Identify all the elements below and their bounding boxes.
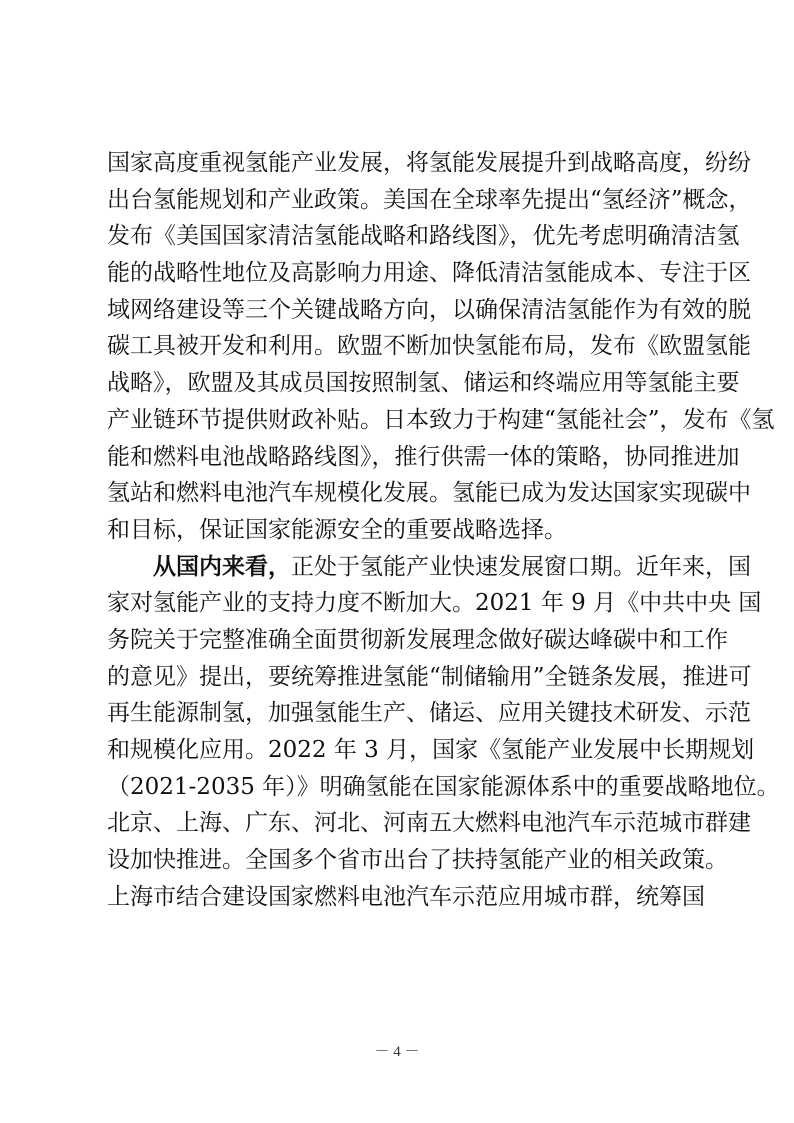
page-number: － 4 － [0,1040,794,1061]
text-line: 能的战略性地位及高影响力用途、降低清洁氢能成本、专注于区 [107,255,689,292]
text-line: 和目标，保证国家能源安全的重要战略选择。 [107,512,689,549]
text-line: 上海市结合建设国家燃料电池汽车示范应用城市群，统筹国 [107,879,689,916]
text-line: 发布《美国国家清洁氢能战略和路线图》，优先考虑明确清洁氢 [107,218,689,255]
text-line: 战略》，欧盟及其成员国按照制氢、储运和终端应用等氢能主要 [107,365,689,402]
text-line: 出台氢能规划和产业政策。美国在全球率先提出“氢经济”概念， [107,182,689,219]
text-line: 氢站和燃料电池汽车规模化发展。氢能已成为发达国家实现碳中 [107,475,689,512]
paragraph-first-line: 从国内来看，正处于氢能产业快速发展窗口期。近年来，国 [107,549,689,586]
text-line: 和规模化应用。2022 年 3 月，国家《氢能产业发展中长期规划 [107,732,689,769]
text-line: 设加快推进。全国多个省市出台了扶持氢能产业的相关政策。 [107,842,689,879]
body-text: 国家高度重视氢能产业发展，将氢能发展提升到战略高度，纷纷 出台氢能规划和产业政策… [107,145,689,915]
text-line: 家对氢能产业的支持力度不断加大。2021 年 9 月《中共中央 国 [107,585,689,622]
text-line: 务院关于完整准确全面贯彻新发展理念做好碳达峰碳中和工作 [107,622,689,659]
text-line: 产业链环节提供财政补贴。日本致力于构建“氢能社会”，发布《氢 [107,402,689,439]
text-line: 的意见》提出，要统筹推进氢能“制储输用”全链条发展，推进可 [107,659,689,696]
text-line: （2021-2035 年）》明确氢能在国家能源体系中的重要战略地位。 [107,769,689,806]
text-line: 碳工具被开发和利用。欧盟不断加快氢能布局，发布《欧盟氢能 [107,328,689,365]
paragraph-lead-heading: 从国内来看， [153,553,291,580]
text-span: 正处于氢能产业快速发展窗口期。近年来，国 [291,554,751,580]
text-line: 能和燃料电池战略路线图》，推行供需一体的策略，协同推进加 [107,439,689,476]
text-line: 国家高度重视氢能产业发展，将氢能发展提升到战略高度，纷纷 [107,145,689,182]
text-line: 再生能源制氢，加强氢能生产、储运、应用关键技术研发、示范 [107,695,689,732]
document-page: 国家高度重视氢能产业发展，将氢能发展提升到战略高度，纷纷 出台氢能规划和产业政策… [0,0,794,1123]
text-line: 北京、上海、广东、河北、河南五大燃料电池汽车示范城市群建 [107,805,689,842]
text-line: 域网络建设等三个关键战略方向，以确保清洁氢能作为有效的脱 [107,292,689,329]
